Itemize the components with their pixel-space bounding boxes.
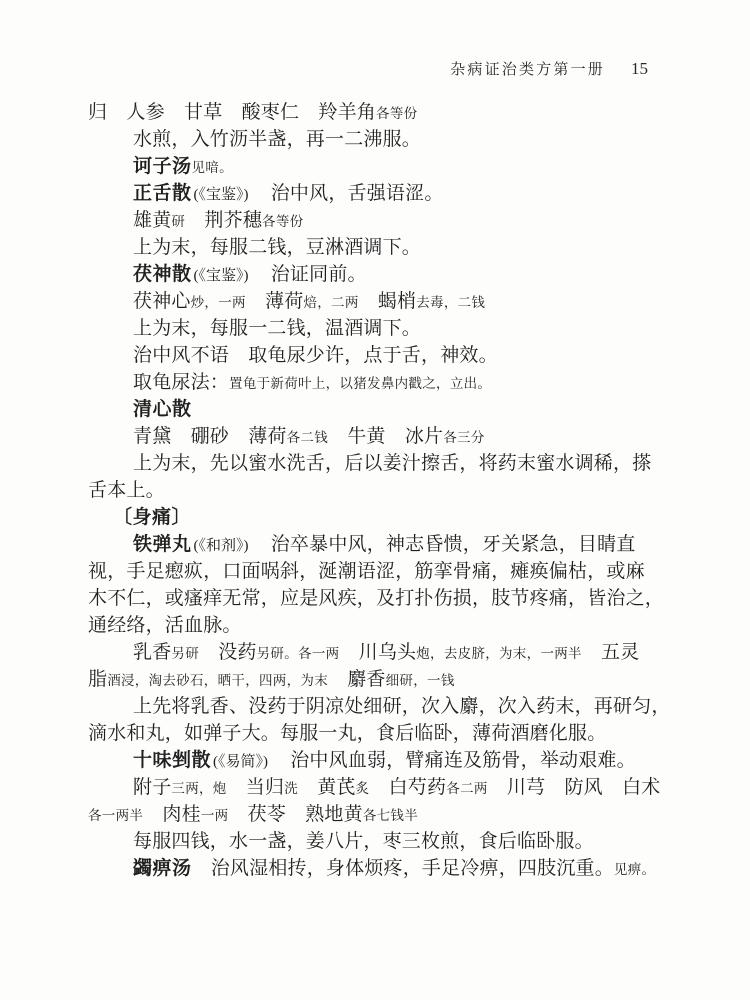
text-normal: 蝎梢 xyxy=(359,291,417,312)
formula-title: 茯神散 xyxy=(133,264,192,285)
text-line: 附子三两，炮 当归洗 黄芪炙 白芍药各二两 川芎 防风 白术 xyxy=(88,774,673,801)
dose-note: 各二两 xyxy=(446,781,487,796)
text-normal: 青黛 硼砂 薄荷 xyxy=(133,426,287,447)
page-body: 归 人参 甘草 酸枣仁 羚羊角各等份水煎，入竹沥半盏，再一二沸服。诃子汤见喑。正… xyxy=(88,99,673,882)
formula-title: 铁弹丸 xyxy=(133,534,192,555)
source-note: (《宝鉴》) xyxy=(194,268,249,284)
dose-note: 炒，一两 xyxy=(191,295,246,310)
dose-note: 各等份 xyxy=(376,106,417,121)
dose-note: 炙 xyxy=(356,781,370,796)
text-normal: 上为末，每服一二钱，温酒调下。 xyxy=(133,318,421,339)
text-normal: 每服四钱，水一盏，姜八片，枣三枚煎，食后临卧服。 xyxy=(133,831,594,852)
text-normal: 上为末，先以蜜水洗舌，后以姜汁擦舌，将药末蜜水调稀，搽 xyxy=(133,453,651,474)
text-normal: 荆芥穗 xyxy=(185,210,262,231)
dose-note: 酒浸，淘去砂石，晒干，四两，为末 xyxy=(107,673,328,688)
text-normal: 木不仁，或瘙痒无常，应是风疾，及打扑伤损，肢节疼痛，皆治之， xyxy=(88,588,664,609)
dose-note: 另研。各一两 xyxy=(257,646,340,661)
text-line: 铁弹丸(《和剂》) 治卒暴中风，神志昏愦，牙关紧急，目睛直 xyxy=(88,531,673,558)
book-page: 杂病证治类方第一册15 归 人参 甘草 酸枣仁 羚羊角各等份水煎，入竹沥半盏，再… xyxy=(0,0,750,1000)
text-normal: 茯神心 xyxy=(133,291,191,312)
text-line: 青黛 硼砂 薄荷各二钱 牛黄 冰片各三分 xyxy=(88,423,673,450)
text-normal: 黄芪 xyxy=(298,777,356,798)
text-line: 归 人参 甘草 酸枣仁 羚羊角各等份 xyxy=(88,99,673,126)
dose-note: 焙，二两 xyxy=(303,295,358,310)
text-line: 取龟尿法：置龟于新荷叶上，以猪发鼻内戳之，立出。 xyxy=(88,369,673,396)
text-normal: 上先将乳香、没药于阴凉处细研，次入麝，次入药末，再研匀， xyxy=(133,696,671,717)
text-line: 〔身痛〕 xyxy=(88,504,673,531)
text-line: 上为末，每服二钱，豆淋酒调下。 xyxy=(88,234,673,261)
text-line: 诃子汤见喑。 xyxy=(88,153,673,180)
dose-note: 一两 xyxy=(201,808,229,823)
page-number: 15 xyxy=(631,58,648,80)
text-normal: 没药 xyxy=(199,642,257,663)
running-header: 杂病证治类方第一册15 xyxy=(88,58,648,81)
text-line: 上为末，每服一二钱，温酒调下。 xyxy=(88,315,673,342)
dose-note: 炮，去皮脐，为末，一两半 xyxy=(416,646,582,661)
text-normal: 通经络，活血脉。 xyxy=(88,615,242,636)
text-normal: 滴水和丸，如弹子大。每服一丸，食后临卧，薄荷酒磨化服。 xyxy=(88,723,606,744)
dose-note: 三两，炮 xyxy=(171,781,226,796)
formula-title: 蠲痹汤 xyxy=(133,858,192,879)
text-normal: 雄黄 xyxy=(133,210,171,231)
text-line: 乳香另研 没药另研。各一两 川乌头炮，去皮脐，为末，一两半 五灵 xyxy=(88,639,673,666)
text-normal: 水煎，入竹沥半盏，再一二沸服。 xyxy=(133,129,421,150)
dose-note: 各七钱半 xyxy=(363,808,418,823)
dose-note: 各等份 xyxy=(262,214,303,229)
text-normal: 薄荷 xyxy=(246,291,304,312)
text-normal: 取龟尿法： xyxy=(133,372,229,393)
text-normal: 视，手足瘛疭，口面㖞斜，涎潮语涩，筋挛骨痛，瘫痪偏枯，或麻 xyxy=(88,561,645,582)
text-normal: 牛黄 冰片 xyxy=(328,426,443,447)
text-line: 脂酒浸，淘去砂石，晒干，四两，为末 麝香细研，一钱 xyxy=(88,666,673,693)
text-line: 水煎，入竹沥半盏，再一二沸服。 xyxy=(88,126,673,153)
dose-note: 各三分 xyxy=(443,430,484,445)
text-normal: 治中风不语 取龟尿少许，点于舌，神效。 xyxy=(133,345,498,366)
formula-title: 〔身痛〕 xyxy=(113,507,191,528)
text-line: 清心散 xyxy=(88,396,673,423)
dose-note: 各二钱 xyxy=(287,430,328,445)
text-normal: 附子 xyxy=(133,777,171,798)
text-line: 上为末，先以蜜水洗舌，后以姜汁擦舌，将药末蜜水调稀，搽 xyxy=(88,450,673,477)
text-normal: 川芎 防风 白术 xyxy=(488,777,661,798)
text-line: 每服四钱，水一盏，姜八片，枣三枚煎，食后临卧服。 xyxy=(88,828,673,855)
dose-note: 另研 xyxy=(171,646,199,661)
text-line: 正舌散(《宝鉴》) 治中风，舌强语涩。 xyxy=(88,180,673,207)
text-normal: 治中风，舌强语涩。 xyxy=(252,183,444,204)
formula-title: 十味剉散 xyxy=(133,750,211,771)
text-line: 茯神散(《宝鉴》) 治证同前。 xyxy=(88,261,673,288)
dose-note: 研 xyxy=(171,214,185,229)
text-line: 视，手足瘛疭，口面㖞斜，涎潮语涩，筋挛骨痛，瘫痪偏枯，或麻 xyxy=(88,558,673,585)
dose-note: 见喑。 xyxy=(192,160,233,175)
text-normal: 脂 xyxy=(88,669,107,690)
text-normal: 当归 xyxy=(227,777,285,798)
text-line: 十味剉散(《易简》) 治中风血弱，臂痛连及筋骨，举动艰难。 xyxy=(88,747,673,774)
text-line: 治中风不语 取龟尿少许，点于舌，神效。 xyxy=(88,342,673,369)
text-line: 木不仁，或瘙痒无常，应是风疾，及打扑伤损，肢节疼痛，皆治之， xyxy=(88,585,673,612)
dose-note: 置龟于新荷叶上，以猪发鼻内戳之，立出。 xyxy=(229,376,491,391)
text-normal: 治中风血弱，臂痛连及筋骨，举动艰难。 xyxy=(271,750,636,771)
source-note: (《宝鉴》) xyxy=(194,187,249,203)
dose-note: 见痹。 xyxy=(614,862,655,877)
dose-note: 洗 xyxy=(284,781,298,796)
text-normal: 五灵 xyxy=(582,642,640,663)
source-note: (《易简》) xyxy=(213,754,268,770)
formula-title: 清心散 xyxy=(133,399,192,420)
text-normal: 川乌头 xyxy=(339,642,416,663)
text-normal: 肉桂 xyxy=(143,804,201,825)
dose-note: 细研，一钱 xyxy=(386,673,455,688)
dose-note: 去毒，二钱 xyxy=(416,295,485,310)
text-normal: 治风湿相抟，身体烦疼，手足冷痹，四肢沉重。 xyxy=(192,858,614,879)
dose-note: 各一两半 xyxy=(88,808,143,823)
text-normal: 治证同前。 xyxy=(252,264,367,285)
source-note: (《和剂》) xyxy=(194,538,249,554)
formula-title: 诃子汤 xyxy=(133,156,192,177)
text-normal: 归 人参 甘草 酸枣仁 羚羊角 xyxy=(88,102,376,123)
text-line: 各一两半 肉桂一两 茯苓 熟地黄各七钱半 xyxy=(88,801,673,828)
text-line: 上先将乳香、没药于阴凉处细研，次入麝，次入药末，再研匀， xyxy=(88,693,673,720)
text-normal: 茯苓 熟地黄 xyxy=(228,804,362,825)
text-line: 蠲痹汤 治风湿相抟，身体烦疼，手足冷痹，四肢沉重。见痹。 xyxy=(88,855,673,882)
text-normal: 白芍药 xyxy=(369,777,446,798)
text-line: 通经络，活血脉。 xyxy=(88,612,673,639)
text-normal: 上为末，每服二钱，豆淋酒调下。 xyxy=(133,237,421,258)
text-line: 滴水和丸，如弹子大。每服一丸，食后临卧，薄荷酒磨化服。 xyxy=(88,720,673,747)
text-normal: 治卒暴中风，神志昏愦，牙关紧急，目睛直 xyxy=(252,534,636,555)
text-normal: 舌本上。 xyxy=(88,480,165,501)
running-header-title: 杂病证治类方第一册 xyxy=(450,62,605,78)
text-normal: 麝香 xyxy=(328,669,386,690)
text-line: 茯神心炒，一两 薄荷焙，二两 蝎梢去毒，二钱 xyxy=(88,288,673,315)
text-line: 雄黄研 荆芥穗各等份 xyxy=(88,207,673,234)
text-normal: 乳香 xyxy=(133,642,171,663)
text-line: 舌本上。 xyxy=(88,477,673,504)
formula-title: 正舌散 xyxy=(133,183,192,204)
